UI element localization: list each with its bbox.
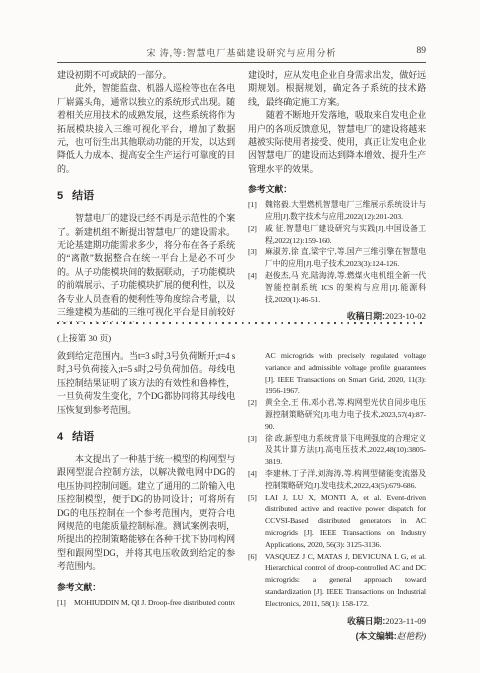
reference-text: LAI J, LU X, MONTI A, et al. Event-drive…	[265, 492, 426, 551]
reference-text: 黄全全,王 伟,邓小君,等.构网型光伏自同步电压源控制策略研究[J].电力电子技…	[265, 397, 426, 432]
editor-label: (本文编辑:	[356, 631, 397, 641]
bottom-left-column: (上接第 30 页) 敛到给定范围内。当t=3 s时,3号负荷断开;t=4 s时…	[57, 331, 235, 643]
reference-text: MOHIUDDIN M, QI J. Droop-free distribute…	[74, 597, 235, 609]
received-date-value: 2023-10-02	[385, 311, 426, 321]
header-rule	[57, 62, 426, 63]
reference-text: 麻淑芳,徐 直,梁宇宁,等.国产三维引擎在智慧电厂中的应用[J].电子技术,20…	[265, 246, 426, 270]
reference-number: [1]	[248, 199, 265, 223]
reference-number: [2]	[248, 397, 265, 432]
reference-item: [2] 黄全全,王 伟,邓小君,等.构网型光伏自同步电压源控制策略研究[J].电…	[248, 397, 426, 432]
reference-number: [1]	[57, 597, 74, 609]
reference-item: [5] LAI J, LU X, MONTI A, et al. Event-d…	[248, 492, 426, 551]
reference-item: [4] 赵俊杰,马 充,陆海涛,等.燃煤火电机组全新一代智能控制系统 ICS 的…	[248, 270, 426, 305]
reference-item: [2] 戚 征.智慧电厂建设研究与实践[J].中国设备工程,2022(12):1…	[248, 223, 426, 247]
received-date-line: 收稿日期:2023-11-09	[248, 615, 426, 628]
paragraph: 此外，智能监盘、机器人巡检等也在各电厂崭露头角，通常以独立的系统形式出现。随着相…	[57, 82, 235, 176]
paragraph-continued: 建设初期不可或缺的一部分。	[57, 69, 235, 82]
article-microgrid-continuation: (上接第 30 页) 敛到给定范围内。当t=3 s时,3号负荷断开;t=4 s时…	[57, 331, 426, 643]
reference-text: 李建林,丁子洋,刘海涛,等.构网型储能变流器及控制策略研究[J].发电技术,20…	[265, 468, 426, 492]
reference-number: [4]	[248, 468, 265, 492]
reference-number: [2]	[248, 223, 265, 247]
received-date-label: 收稿日期:	[347, 311, 385, 321]
paragraph: 本文提出了一种基于统一模型的构网型与跟网型混合控制方法，以解决微电网中DG的电压…	[57, 453, 235, 574]
running-title: 宋 涛,等:智慧电厂基础建设研究与应用分析	[57, 46, 426, 59]
paragraph-continued: 建设时，应从发电企业自身需求出发，做好远期规划。根据规划，确定各子系统的技术路线…	[248, 69, 426, 109]
article-smart-plant-section: 建设初期不可或缺的一部分。 此外，智能监盘、机器人巡检等也在各电厂崭露头角，通常…	[57, 69, 426, 322]
reference-continuation: AC microgrids with precisely regulated v…	[248, 350, 426, 397]
editor-line: (本文编辑:赵艳粉)	[248, 630, 426, 643]
bottom-right-column: AC microgrids with precisely regulated v…	[248, 331, 426, 643]
section-title: 结语	[72, 431, 94, 443]
page-header: 宋 涛,等:智慧电厂基础建设研究与应用分析 89	[57, 46, 426, 59]
reference-text: 赵俊杰,马 充,陆海涛,等.燃煤火电机组全新一代智能控制系统 ICS 的架构与应…	[265, 270, 426, 305]
received-date-line: 收稿日期:2023-10-02	[248, 310, 426, 322]
reference-text: 戚 征.智慧电厂建设研究与实践[J].中国设备工程,2022(12):159-1…	[265, 223, 426, 247]
references-heading: 参考文献：	[248, 182, 426, 195]
reference-text: 魏铭毅.大型燃机智慧电厂三维展示系统设计与应用[J].数字技术与应用,2022(…	[265, 199, 426, 223]
paragraph: 智慧电厂的建设已经不再是示范性的个案了。新建机组不断提出智慧电厂的建设需求。无论…	[57, 212, 235, 322]
reference-number: [3]	[248, 433, 265, 468]
received-date-value: 2023-11-09	[385, 616, 426, 626]
reference-text: VASQUEZ J C, MATAS J, DEVICUNA L G, et a…	[265, 551, 426, 610]
reference-item: [1] 魏铭毅.大型燃机智慧电厂三维展示系统设计与应用[J].数字技术与应用,2…	[248, 199, 426, 223]
paragraph: 随着不断地开发落地，吸取来自发电企业用户的各项反馈意见，智慧电厂的建设将越来越被…	[248, 109, 426, 176]
top-left-column: 建设初期不可或缺的一部分。 此外，智能监盘、机器人巡检等也在各电厂崭露头角，通常…	[57, 69, 235, 322]
section-number: 4	[57, 431, 63, 443]
received-date-label: 收稿日期:	[347, 616, 385, 626]
top-right-column: 建设时，应从发电企业自身需求出发，做好远期规划。根据规划，确定各子系统的技术路线…	[248, 69, 426, 322]
page-number: 89	[417, 46, 427, 56]
editor-name: 赵艳粉)	[397, 631, 426, 641]
reference-number: [4]	[248, 270, 265, 305]
references-heading: 参考文献：	[57, 580, 235, 593]
reference-item: [4] 李建林,丁子洋,刘海涛,等.构网型储能变流器及控制策略研究[J].发电技…	[248, 468, 426, 492]
reference-item: [1] MOHIUDDIN M, QI J. Droop-free distri…	[57, 597, 235, 609]
section-title: 结语	[72, 190, 94, 202]
reference-text: 徐 政.新型电力系统背景下电网强度的合理定义及其计算方法[J].高电压技术,20…	[265, 433, 426, 468]
section-number: 5	[57, 190, 63, 202]
reference-number: [6]	[248, 551, 265, 610]
reference-number: [5]	[248, 492, 265, 551]
section-heading-conclusion-4: 4结语	[57, 428, 235, 444]
article-separator-dotted-rule	[57, 322, 426, 324]
section-heading-conclusion-5: 5结语	[57, 187, 235, 203]
reference-item: [3] 徐 政.新型电力系统背景下电网强度的合理定义及其计算方法[J].高电压技…	[248, 433, 426, 468]
reference-number: [3]	[248, 246, 265, 270]
reference-item: [6] VASQUEZ J C, MATAS J, DEVICUNA L G, …	[248, 551, 426, 610]
continued-from-page-note: (上接第 30 页)	[57, 332, 235, 345]
reference-item: [3] 麻淑芳,徐 直,梁宇宁,等.国产三维引擎在智慧电厂中的应用[J].电子技…	[248, 246, 426, 270]
journal-page: 宋 涛,等:智慧电厂基础建设研究与应用分析 89 建设初期不可或缺的一部分。 此…	[0, 0, 480, 673]
paragraph-continued: 敛到给定范围内。当t=3 s时,3号负荷断开;t=4 s时,3号负荷接入;t=5…	[57, 350, 235, 417]
